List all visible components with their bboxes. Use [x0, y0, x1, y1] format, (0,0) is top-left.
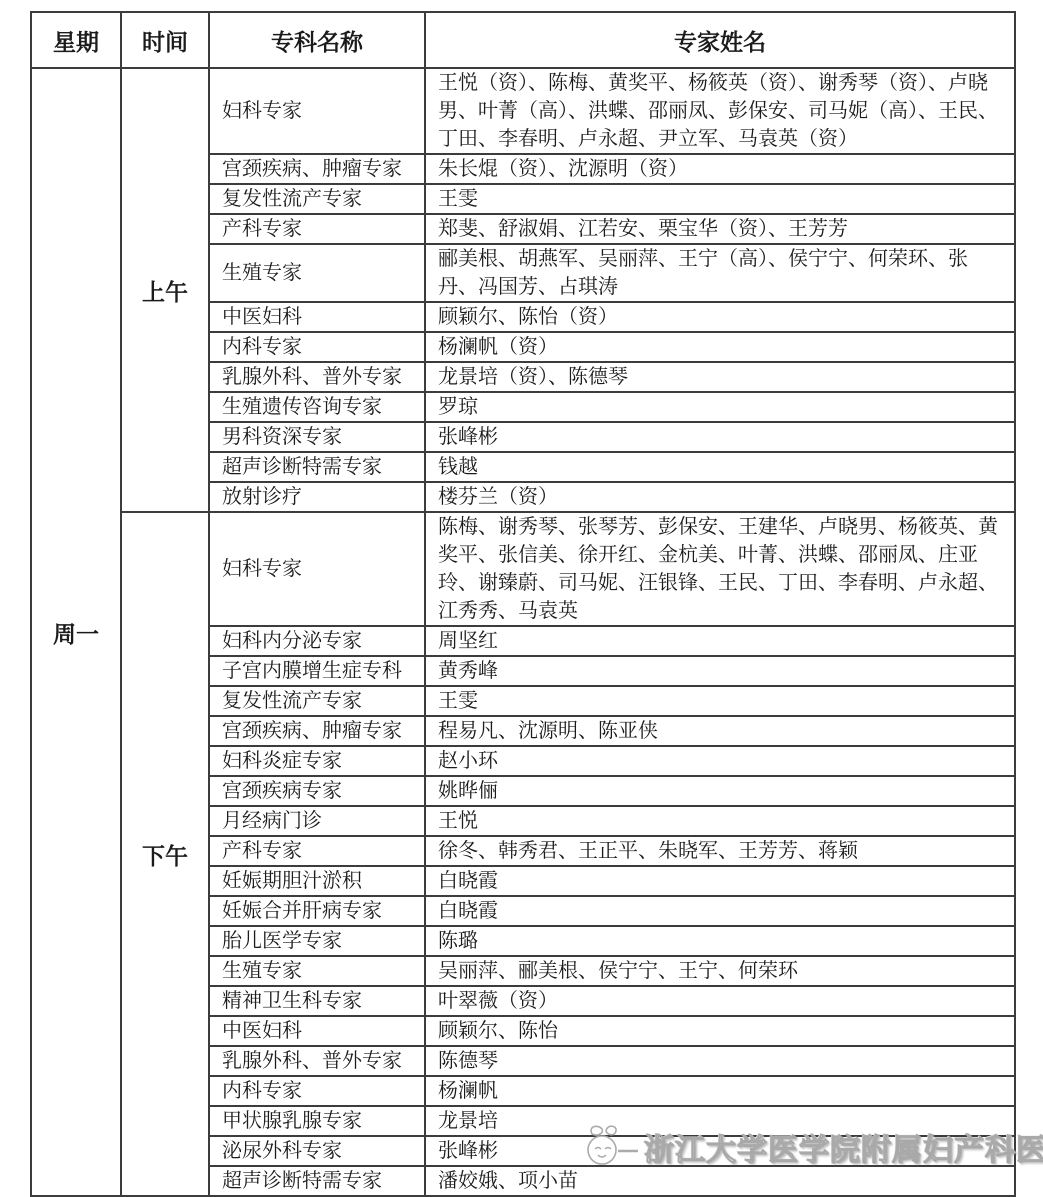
specialty-cell: 放射诊疗	[209, 482, 425, 512]
experts-cell: 程易凡、沈源明、陈亚侠	[425, 716, 1015, 746]
specialty-cell: 产科专家	[209, 214, 425, 244]
experts-cell: 陈梅、谢秀琴、张琴芳、彭保安、王建华、卢晓男、杨筱英、黄奖平、张信美、徐开红、金…	[425, 512, 1015, 626]
table-row: 周一上午妇科专家王悦（资）、陈梅、黄奖平、杨筱英（资）、谢秀琴（资）、卢晓男、叶…	[31, 68, 1015, 154]
specialty-cell: 超声诊断特需专家	[209, 1166, 425, 1196]
col-header-weekday: 星期	[31, 12, 121, 68]
col-header-time: 时间	[121, 12, 209, 68]
specialty-cell: 内科专家	[209, 332, 425, 362]
specialty-cell: 妊娠合并肝病专家	[209, 896, 425, 926]
experts-cell: 周坚红	[425, 626, 1015, 656]
schedule-page: 星期 时间 专科名称 专家姓名 周一上午妇科专家王悦（资）、陈梅、黄奖平、杨筱英…	[0, 0, 1043, 1197]
col-header-experts: 专家姓名	[425, 12, 1015, 68]
specialty-cell: 宫颈疾病专家	[209, 776, 425, 806]
specialty-cell: 妇科专家	[209, 68, 425, 154]
specialty-cell: 中医妇科	[209, 302, 425, 332]
specialty-cell: 精神卫生科专家	[209, 986, 425, 1016]
experts-cell: 王雯	[425, 184, 1015, 214]
experts-cell: 王雯	[425, 686, 1015, 716]
specialty-cell: 超声诊断特需专家	[209, 452, 425, 482]
specialty-cell: 中医妇科	[209, 1016, 425, 1046]
experts-cell: 潘姣娥、项小苗	[425, 1166, 1015, 1196]
experts-cell: 王悦（资）、陈梅、黄奖平、杨筱英（资）、谢秀琴（资）、卢晓男、叶菁（高）、洪蝶、…	[425, 68, 1015, 154]
col-header-specialty: 专科名称	[209, 12, 425, 68]
session-time-cell: 下午	[121, 512, 209, 1196]
experts-cell: 郦美根、胡燕军、吴丽萍、王宁（高）、侯宁宁、何荣环、张丹、冯国芳、占琪涛	[425, 244, 1015, 302]
specialty-cell: 宫颈疾病、肿瘤专家	[209, 154, 425, 184]
specialty-cell: 妇科专家	[209, 512, 425, 626]
experts-cell: 杨澜帆	[425, 1076, 1015, 1106]
experts-cell: 钱越	[425, 452, 1015, 482]
specialty-cell: 宫颈疾病、肿瘤专家	[209, 716, 425, 746]
specialty-cell: 产科专家	[209, 836, 425, 866]
experts-cell: 龙景培	[425, 1106, 1015, 1136]
specialty-cell: 复发性流产专家	[209, 184, 425, 214]
specialty-cell: 内科专家	[209, 1076, 425, 1106]
experts-cell: 陈德琴	[425, 1046, 1015, 1076]
experts-cell: 张峰彬	[425, 422, 1015, 452]
specialty-cell: 乳腺外科、普外专家	[209, 1046, 425, 1076]
specialty-cell: 甲状腺乳腺专家	[209, 1106, 425, 1136]
experts-cell: 赵小环	[425, 746, 1015, 776]
experts-cell: 叶翠薇（资）	[425, 986, 1015, 1016]
experts-cell: 杨澜帆（资）	[425, 332, 1015, 362]
specialty-cell: 生殖专家	[209, 244, 425, 302]
experts-cell: 陈璐	[425, 926, 1015, 956]
specialty-cell: 男科资深专家	[209, 422, 425, 452]
specialty-cell: 生殖专家	[209, 956, 425, 986]
specialty-cell: 生殖遗传咨询专家	[209, 392, 425, 422]
experts-cell: 黄秀峰	[425, 656, 1015, 686]
experts-cell: 郑斐、舒淑娟、江若安、栗宝华（资）、王芳芳	[425, 214, 1015, 244]
experts-cell: 王悦	[425, 806, 1015, 836]
experts-cell: 顾颖尔、陈怡（资）	[425, 302, 1015, 332]
specialty-cell: 妇科内分泌专家	[209, 626, 425, 656]
experts-cell: 白晓霞	[425, 896, 1015, 926]
specialty-cell: 胎儿医学专家	[209, 926, 425, 956]
experts-cell: 姚晔俪	[425, 776, 1015, 806]
header-row: 星期 时间 专科名称 专家姓名	[31, 12, 1015, 68]
experts-cell: 徐冬、韩秀君、王正平、朱晓军、王芳芳、蒋颖	[425, 836, 1015, 866]
experts-cell: 吴丽萍、郦美根、侯宁宁、王宁、何荣环	[425, 956, 1015, 986]
specialty-cell: 妇科炎症专家	[209, 746, 425, 776]
weekday-cell: 周一	[31, 68, 121, 1196]
specialty-cell: 子宫内膜增生症专科	[209, 656, 425, 686]
specialty-cell: 妊娠期胆汁淤积	[209, 866, 425, 896]
session-time-cell: 上午	[121, 68, 209, 512]
experts-cell: 楼芬兰（资）	[425, 482, 1015, 512]
specialty-cell: 月经病门诊	[209, 806, 425, 836]
specialty-cell: 乳腺外科、普外专家	[209, 362, 425, 392]
schedule-table: 星期 时间 专科名称 专家姓名 周一上午妇科专家王悦（资）、陈梅、黄奖平、杨筱英…	[30, 11, 1016, 1197]
experts-cell: 朱长焜（资）、沈源明（资）	[425, 154, 1015, 184]
experts-cell: 顾颖尔、陈怡	[425, 1016, 1015, 1046]
table-row: 下午妇科专家陈梅、谢秀琴、张琴芳、彭保安、王建华、卢晓男、杨筱英、黄奖平、张信美…	[31, 512, 1015, 626]
experts-cell: 张峰彬	[425, 1136, 1015, 1166]
experts-cell: 龙景培（资）、陈德琴	[425, 362, 1015, 392]
experts-cell: 罗琼	[425, 392, 1015, 422]
specialty-cell: 复发性流产专家	[209, 686, 425, 716]
experts-cell: 白晓霞	[425, 866, 1015, 896]
specialty-cell: 泌尿外科专家	[209, 1136, 425, 1166]
